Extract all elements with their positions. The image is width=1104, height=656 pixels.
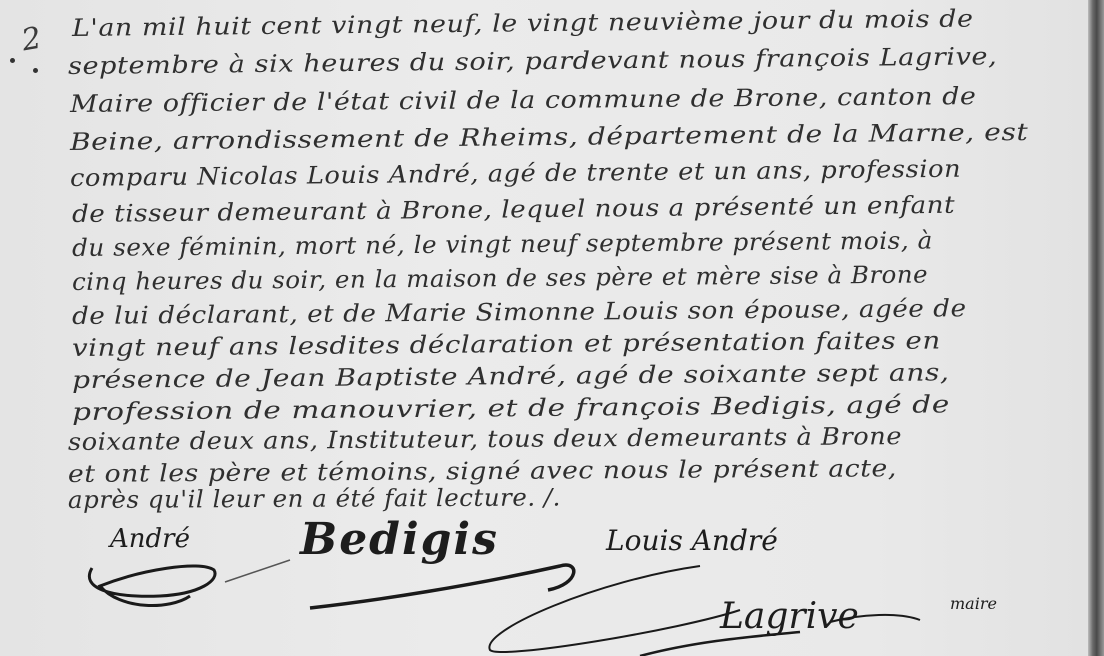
document-page: 2 L'an mil huit cent vingt neuf, le ving… [0, 0, 1090, 656]
page-binding-edge [1088, 0, 1104, 656]
signature-flourishes [0, 0, 1090, 656]
